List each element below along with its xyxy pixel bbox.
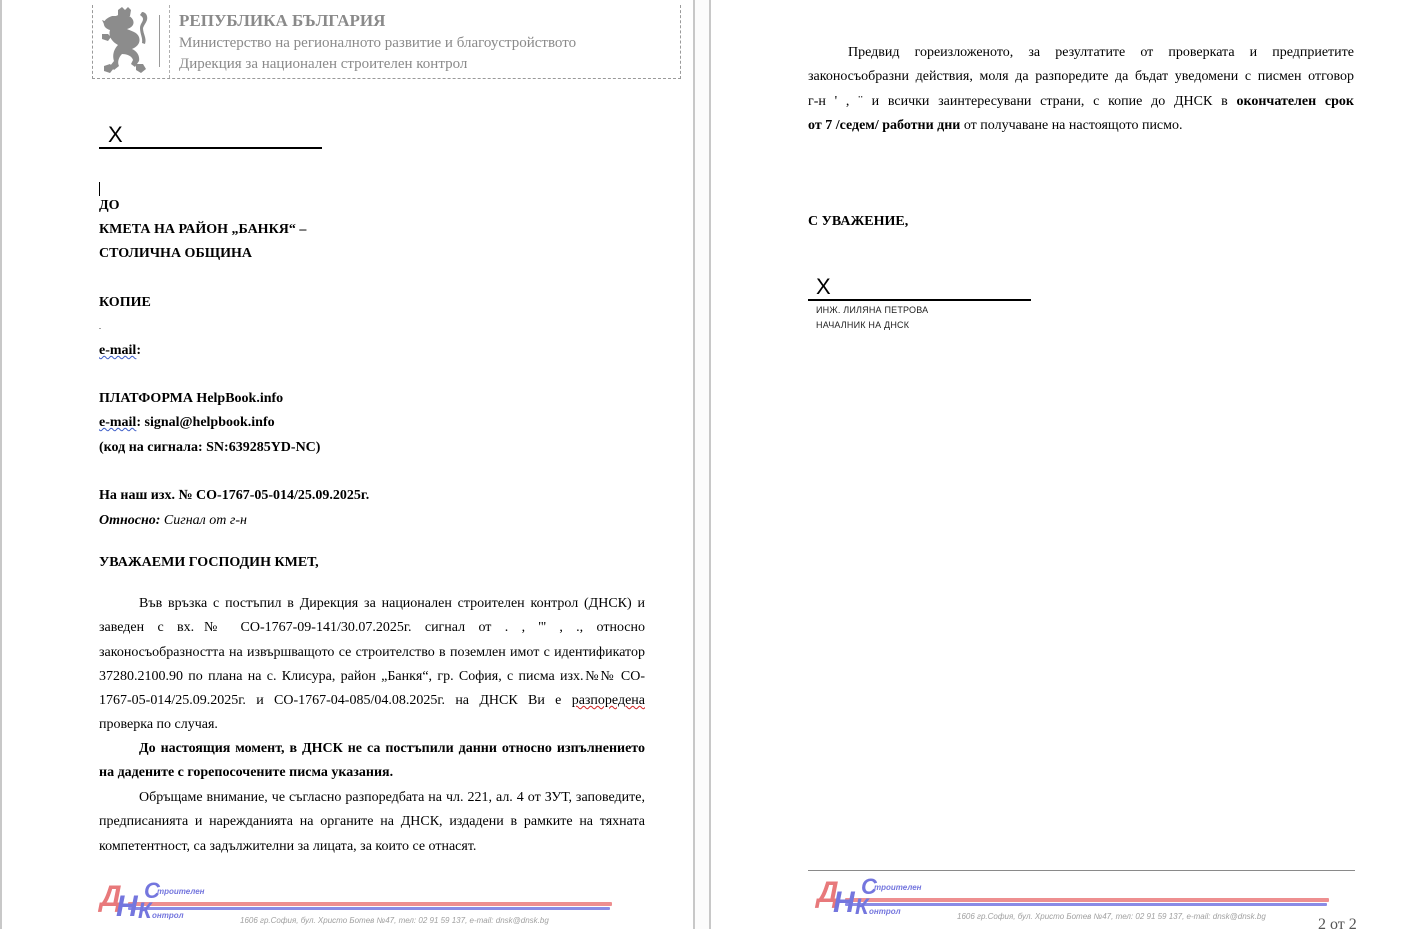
body-paragraph-3: Обръщаме внимание, че съгласно разпоредб…: [99, 786, 645, 859]
logo-word-stroitelen: троителен: [874, 883, 921, 892]
logo-word-stroitelen: троителен: [157, 887, 204, 896]
platform-email: e-mail: signal@helpbook.info: [99, 411, 275, 435]
signal-code: (код на сигнала: SN:639285YD-NC): [99, 436, 320, 460]
directorate-name: Дирекция за национален строителен контро…: [179, 56, 467, 73]
p1-line-2: заведен с вх.№ СО-1767-09-141/30.07.2025…: [99, 616, 645, 640]
p3-line-3: компетентност, са задължителни за лицата…: [99, 835, 645, 859]
copy-email-label: e-mail: [99, 343, 136, 358]
p4-line-4: от 7 /седем/ работни дни от получаване н…: [808, 114, 1354, 138]
subject-label: Относно:: [99, 513, 160, 528]
logo-word-kontrol: онтрол: [152, 911, 184, 920]
dnsk-logo-letter-n: Н: [833, 886, 855, 920]
p1-line-5: 1767-05-014/25.09.2025г. и СО-1767-04-08…: [99, 689, 645, 713]
closing: С УВАЖЕНИЕ,: [808, 210, 908, 234]
recipient-to: ДО: [99, 194, 120, 218]
p3-line-1: Обръщаме внимание, че съгласно разпоредб…: [99, 786, 645, 810]
copy-label: КОПИЕ: [99, 291, 151, 315]
page1-left-edge: [0, 0, 2, 929]
ministry-name: Министерство на регионалното развитие и …: [179, 35, 576, 52]
dnsk-logo-letter-k: К: [855, 894, 869, 920]
dnsk-logo-letter-k: К: [138, 898, 152, 924]
country-title: РЕПУБЛИКА БЪЛГАРИЯ: [179, 11, 385, 31]
footer-page-2: Д Н С К троителен онтрол 1606 гр.София, …: [817, 874, 1337, 924]
p1-line-4: 37280.2100.90 по плана на с. Клисура, ра…: [99, 665, 645, 689]
p3-line-2: предписанията и нарежданията на органите…: [99, 810, 645, 834]
copy-email-colon: :: [136, 343, 141, 358]
p1-line-6: проверка по случая.: [99, 713, 645, 737]
p2-line-2: на дадените с горепосочените писма указа…: [99, 761, 645, 785]
logo-word-kontrol: онтрол: [869, 907, 901, 916]
reference-number: На наш изх. № СО-1767-05-014/25.09.2025г…: [99, 484, 369, 508]
page-number: 2 от 2: [1318, 916, 1357, 929]
header-dashed-divider: [169, 5, 170, 78]
body-paragraph-1: Във връзка с постъпил в Дирекция за наци…: [99, 592, 645, 738]
recipient-line-1: КМЕТА НА РАЙОН „БАНКЯ“ –: [99, 218, 306, 242]
body-paragraph-4: Предвид гореизложеното, за резултатите о…: [808, 41, 1354, 138]
signatory-name: ИНЖ. ЛИЛЯНА ПЕТРОВА: [816, 305, 928, 315]
signature-x: X: [808, 276, 1031, 298]
signature-line-bottom[interactable]: X: [808, 276, 1031, 301]
p1-line-1: Във връзка с постъпил в Дирекция за наци…: [99, 592, 645, 616]
letterhead: РЕПУБЛИКА БЪЛГАРИЯ Министерство на регио…: [92, 5, 681, 79]
recipient-line-2: СТОЛИЧНА ОБЩИНА: [99, 242, 252, 266]
footer-rule: [808, 870, 1355, 871]
footer-address: 1606 гр.София, бул. Христо Ботев №47, те…: [240, 916, 549, 925]
page2-left-edge: [709, 0, 711, 929]
copy-email: e-mail:: [99, 339, 141, 363]
platform-email-label: e-mail: [99, 415, 136, 430]
platform-email-value[interactable]: : signal@helpbook.info: [136, 415, 274, 430]
p4-line-2: законосъобразни действия, моля да разпор…: [808, 65, 1354, 89]
p1-line-3: законосъобразността на извършващото се с…: [99, 641, 645, 665]
copy-dot: .: [99, 315, 101, 339]
dnsk-logo-letter-n: Н: [116, 890, 138, 924]
page-gap: [694, 0, 709, 929]
body-paragraph-2: До настоящия момент, в ДНСК не са постъп…: [99, 737, 645, 786]
signature-line-top[interactable]: X: [99, 124, 322, 149]
subject-value: Сигнал от г-н: [160, 513, 247, 528]
signature-underline: [99, 147, 322, 149]
p4-line-3: г-н ' , ¨ и всички заинтересувани страни…: [808, 90, 1354, 114]
footer-blue-stripe: [128, 907, 610, 910]
platform-name: ПЛАТФОРМА HelpBook.info: [99, 387, 283, 411]
p2-line-1: До настоящия момент, в ДНСК не са постъп…: [99, 737, 645, 761]
signature-x: X: [99, 124, 322, 146]
footer-address: 1606 гр.София, бул. Христо Ботев №47, те…: [957, 912, 1266, 921]
lion-crest-icon: [98, 6, 156, 76]
signature-underline: [808, 299, 1031, 301]
signatory-title: НАЧАЛНИК НА ДНСК: [816, 320, 909, 330]
spellcheck-word[interactable]: разпоредена: [572, 693, 645, 708]
footer-page-1: Д Н С К троителен онтрол 1606 гр.София, …: [100, 878, 620, 928]
page1-right-edge: [693, 0, 695, 929]
footer-red-stripe: [128, 902, 612, 906]
footer-blue-stripe: [845, 903, 1327, 906]
subject-line: Относно: Сигнал от г-н: [99, 509, 247, 533]
footer-red-stripe: [845, 898, 1329, 902]
salutation: УВАЖАЕМИ ГОСПОДИН КМЕТ,: [99, 551, 319, 575]
header-divider: [159, 15, 160, 67]
p4-line-1: Предвид гореизложеното, за резултатите о…: [808, 41, 1354, 65]
